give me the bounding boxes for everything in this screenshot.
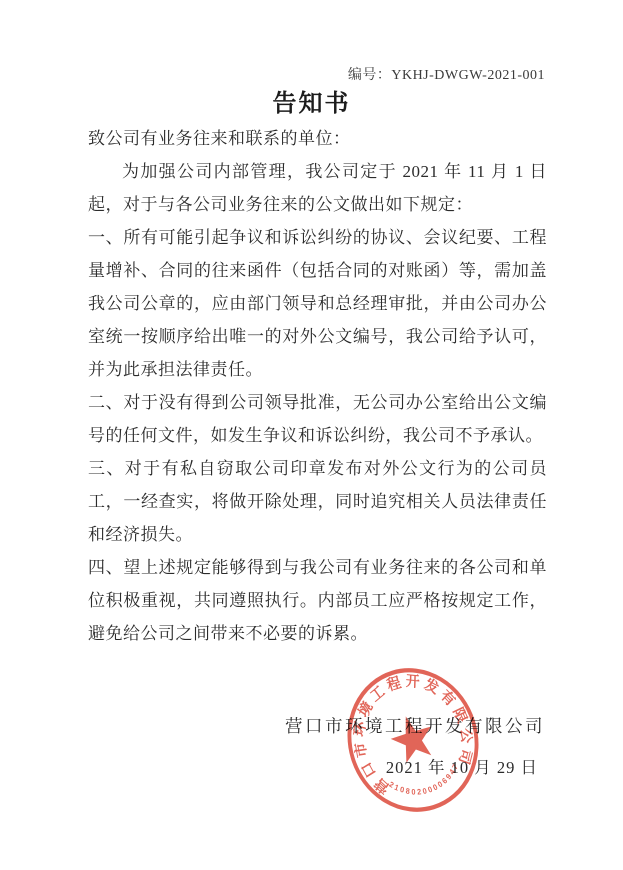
document-page: 编号：YKHJ-DWGW-2021-001 告知书 致公司有业务往来和联系的单位…	[0, 0, 623, 870]
doc-number-value: YKHJ-DWGW-2021-001	[391, 68, 545, 83]
signature-date: 2021 年 10 月 29 日	[386, 754, 538, 778]
doc-title: 告知书	[0, 83, 623, 118]
doc-body: 致公司有业务往来和联系的单位： 为加强公司内部管理，我公司定于 2021 年 1…	[88, 122, 547, 650]
salutation: 致公司有业务往来和联系的单位：	[88, 122, 547, 155]
paragraph-rule-2: 二、对于没有得到公司领导批准，无公司办公室给出公文编号的任何文件，如发生争议和诉…	[88, 386, 547, 452]
paragraph-rule-3: 三、对于有私自窃取公司印章发布对外公文行为的公司员工，一经查实，将做开除处理，同…	[88, 452, 547, 551]
paragraph-intro: 为加强公司内部管理，我公司定于 2021 年 11 月 1 日起，对于与各公司业…	[88, 155, 547, 221]
doc-number-label: 编号：	[348, 68, 392, 83]
signature-company: 营口市环境工程开发有限公司	[285, 713, 545, 738]
doc-number: 编号：YKHJ-DWGW-2021-001	[348, 64, 545, 84]
paragraph-rule-1: 一、所有可能引起争议和诉讼纠纷的协议、会议纪要、工程量增补、合同的往来函件（包括…	[88, 221, 547, 386]
paragraph-rule-4: 四、望上述规定能够得到与我公司有业务往来的各公司和单位积极重视，共同遵照执行。内…	[88, 551, 547, 650]
seal-ring-icon	[332, 654, 493, 825]
company-seal: 营口市环境工程开发有限公司 21080200006947	[326, 647, 500, 832]
